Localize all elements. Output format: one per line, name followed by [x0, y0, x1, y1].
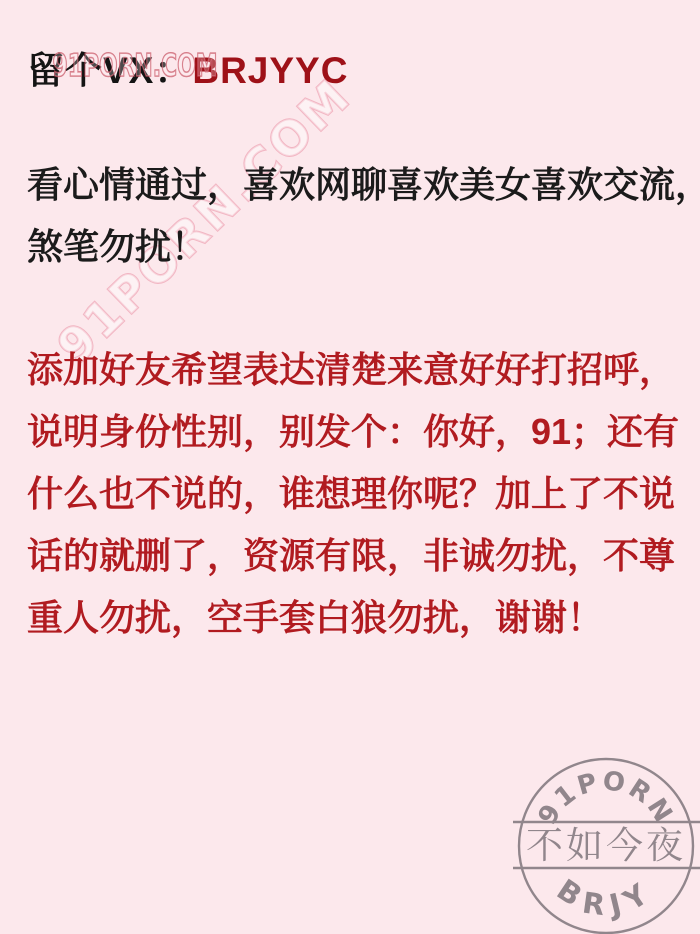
headline-prefix: 留个VX： — [27, 50, 192, 91]
notice-line: 重人勿扰，空手套白狼勿扰，谢谢！ — [27, 587, 687, 649]
svg-text:BRJY: BRJY — [551, 872, 661, 923]
contact-code: BRJYYC — [192, 50, 348, 91]
headline: 留个VX：BRJYYC — [27, 40, 348, 94]
notice-paragraph: 添加好友希望表达清楚来意好好打招呼， 说明身份性别，别发个：你好，91；还有 什… — [27, 339, 687, 649]
stamp-center-text: 不如今夜 — [526, 824, 686, 867]
intro-paragraph: 看心情通过，喜欢网聊喜欢美女喜欢交流， 煞笔勿扰！ — [27, 154, 687, 278]
notice-line: 什么也不说的，谁想理你呢？加上了不说 — [27, 463, 687, 525]
circular-stamp: 91PORN 不如今夜 BRJY — [505, 748, 700, 934]
poster-page: { "page": { "width": 700, "height": 934,… — [0, 0, 700, 934]
intro-line: 煞笔勿扰！ — [27, 216, 687, 278]
notice-line: 添加好友希望表达清楚来意好好打招呼， — [27, 339, 687, 401]
intro-line: 看心情通过，喜欢网聊喜欢美女喜欢交流， — [27, 154, 687, 216]
notice-line: 说明身份性别，别发个：你好，91；还有 — [27, 401, 687, 463]
notice-line: 话的就删了，资源有限，非诚勿扰，不尊 — [27, 525, 687, 587]
stamp-arc-bottom-text: BRJY — [551, 872, 661, 923]
